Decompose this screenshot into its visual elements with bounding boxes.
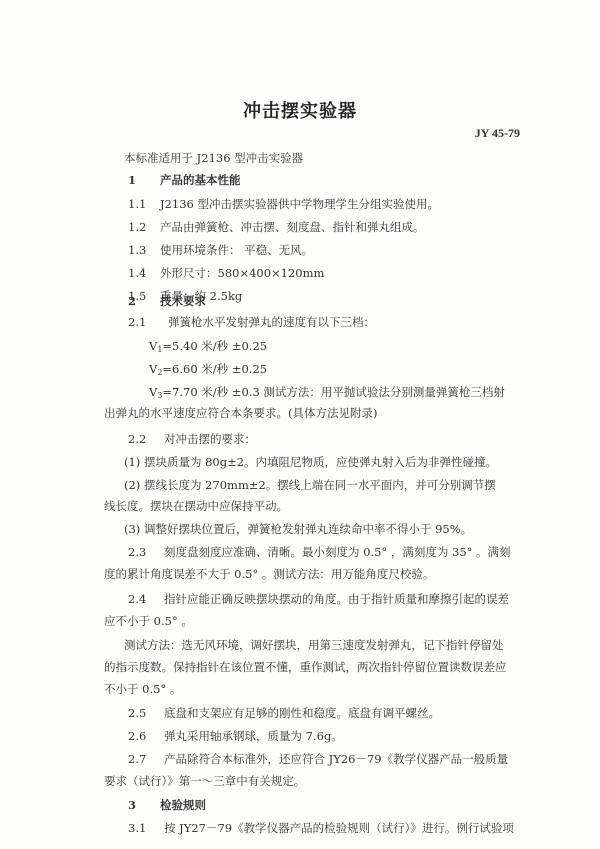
velocity-v3: V3=7.70 米/秒 ±0.3 测试方法：用平抛试验法分别测量弹簧枪三档射 <box>149 384 505 404</box>
item-2-2-2: (2) 摆线长度为 270mm±2。摆线上端在同一水平面内，并可分别调节摆 <box>124 477 496 493</box>
item-2-2-2-cont: 线长度。摆块在摆动中应保持平动。 <box>104 498 288 514</box>
test-method-3: 不小于 0.5° 。 <box>104 681 181 697</box>
item-2-2: 2.2对冲击摆的要求： <box>128 431 256 447</box>
velocity-v2: V2=6.60 米/秒 ±0.25 <box>149 361 267 381</box>
item-2-4-cont: 应不小于 0.5° 。 <box>104 613 193 629</box>
item-3-1: 3.1按 JY27－79《教学仪器产品的检验规则（试行）》进行。例行试验项 <box>128 820 514 836</box>
intro-text: 本标准适用于 J2136 型冲击实验器 <box>124 150 303 166</box>
item-2-6: 2.6弹丸采用轴承钢球，质量为 7.6g。 <box>128 728 343 744</box>
item-2-5: 2.5底盘和支架应有足够的刚性和稳度。底盘有调平螺丝。 <box>128 705 440 721</box>
item-2-7: 2.7产品除符合本标准外，还应符合 JY26－79《教学仪器产品一般质量 <box>128 751 508 767</box>
item-2-3-cont: 度的累计角度误差不大于 0.5° 。测试方法：用万能角度尺校验。 <box>104 566 434 582</box>
velocity-v1: V1=5.40 米/秒 ±0.25 <box>149 338 267 358</box>
section-heading-1: 1产品的基本性能 <box>128 172 241 188</box>
test-method-2: 的指示度数。保持指针在该位置不懂，重作测试，两次指针停留位置读数误差应 <box>104 659 507 675</box>
item-2-3: 2.3刻度盘刻度应准确、清晰。最小刻度为 0.5° ，满刻度为 35° 。满刻 <box>128 544 511 560</box>
item-2-2-3: (3) 调整好摆块位置后，弹簧枪发射弹丸连续命中率不得小于 95%。 <box>124 521 472 537</box>
item-1-3: 1.3使用环境条件： 平稳、无风。 <box>128 242 313 258</box>
item-1-2: 1.2产品由弹簧枪、冲击摆、刻度盘、指针和弹丸组成。 <box>128 219 425 235</box>
item-2-7-cont: 要求（试行）》第一～三章中有关规定。 <box>104 773 305 789</box>
test-method-1: 测试方法：选无风环境，调好摆块，用第三速度发射弹丸，记下指针停留处 <box>124 637 504 653</box>
document-title: 冲击摆实验器 <box>0 97 600 123</box>
section-heading-3: 3检验规则 <box>128 797 206 813</box>
section-heading-2: 2技术要求 <box>128 293 206 309</box>
item-2-4: 2.4指针应能正确反映摆块摆动的角度。由于指针质量和摩擦引起的误差 <box>128 591 509 607</box>
item-2-2-1: (1) 摆块质量为 80g±2。内填阻尼物质，应使弹丸射入后为非弹性碰撞。 <box>124 454 497 470</box>
item-1-4: 1.4外形尺寸：580×400×120mm <box>128 265 324 281</box>
standard-number: JY 45-79 <box>475 126 520 141</box>
item-1-1: 1.1J2136 型冲击摆实验器供中学物理学生分组实验使用。 <box>128 196 439 212</box>
item-2-1: 2.1弹簧枪水平发射弹丸的速度有以下三档： <box>128 314 375 330</box>
velocity-v3-cont: 出弹丸的水平速度应符合本条要求。(具体方法见附录) <box>104 405 377 421</box>
document-page: 冲击摆实验器 JY 45-79 本标准适用于 J2136 型冲击实验器 1产品的… <box>0 0 600 849</box>
